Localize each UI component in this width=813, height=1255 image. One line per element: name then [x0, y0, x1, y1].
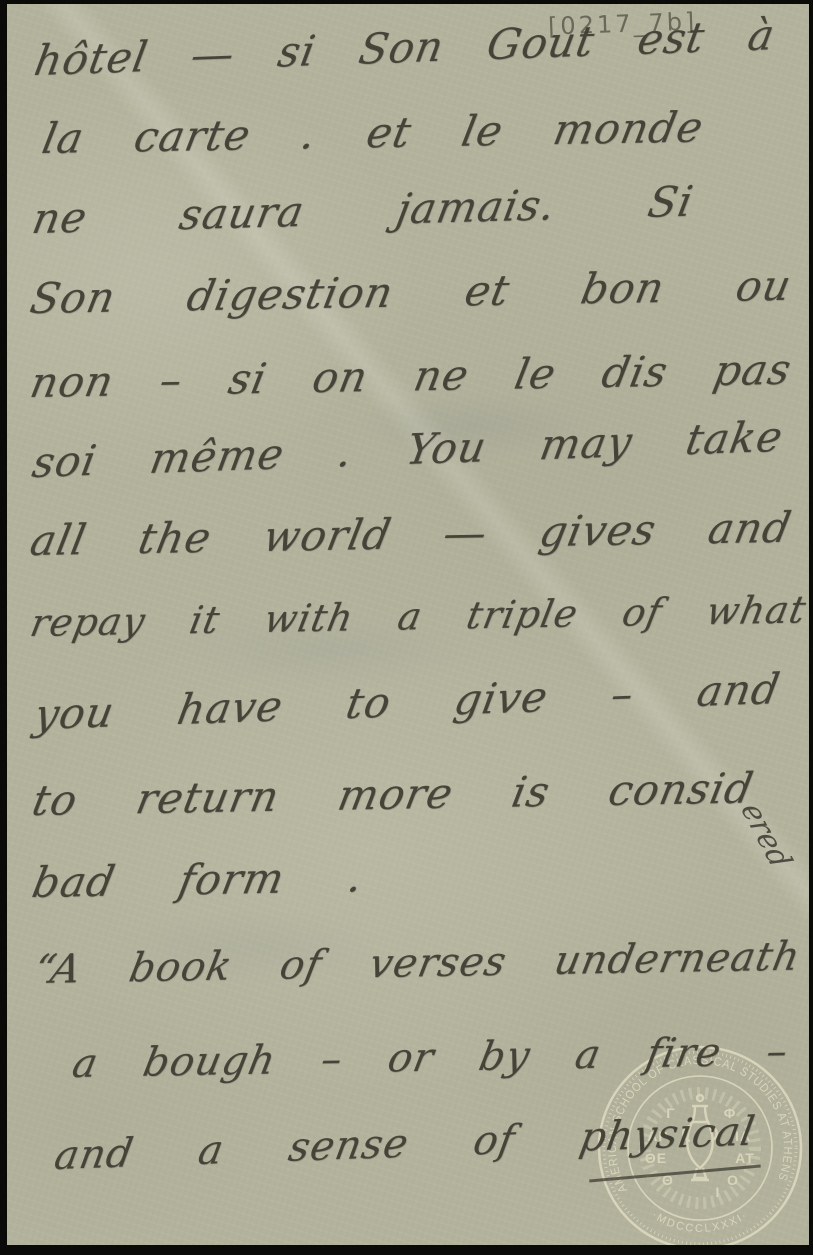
handwriting-line: non – si on ne le dis pas	[27, 349, 795, 404]
handwriting-line: bad form .	[29, 856, 367, 904]
handwriting-line: hôtel — si Son Gout est à	[31, 14, 778, 82]
handwriting-line: la carte . et le monde	[39, 106, 707, 160]
handwriting-line: soi même . You may take	[29, 416, 786, 484]
handwriting-line: repay it with a triple of what	[27, 590, 809, 642]
handwriting-line: “A book of verses underneath	[31, 937, 804, 990]
handwriting-line: ne saura jamais. Si	[29, 181, 697, 240]
seal-letter: Ο	[727, 1172, 739, 1188]
letter-paper: [0217_7b] AMERICAN SCHOOL OF CLASSICAL S…	[7, 4, 809, 1245]
seal-year-text: ·MDCCCLXXXI·	[650, 1209, 751, 1235]
handwriting-line: a bough – or by a fire –	[69, 1031, 792, 1084]
photographed-letter: [0217_7b] AMERICAN SCHOOL OF CLASSICAL S…	[0, 0, 813, 1255]
handwriting-line: all the world — gives and	[27, 507, 795, 562]
handwriting-line: Son digestion et bon ou	[27, 265, 795, 320]
handwriting-line: you have to give – and	[31, 668, 783, 736]
seal-letter: Ι	[716, 1184, 721, 1200]
handwriting-line: to return more is consid	[29, 767, 757, 822]
handwriting-continuation: ered	[735, 800, 796, 870]
